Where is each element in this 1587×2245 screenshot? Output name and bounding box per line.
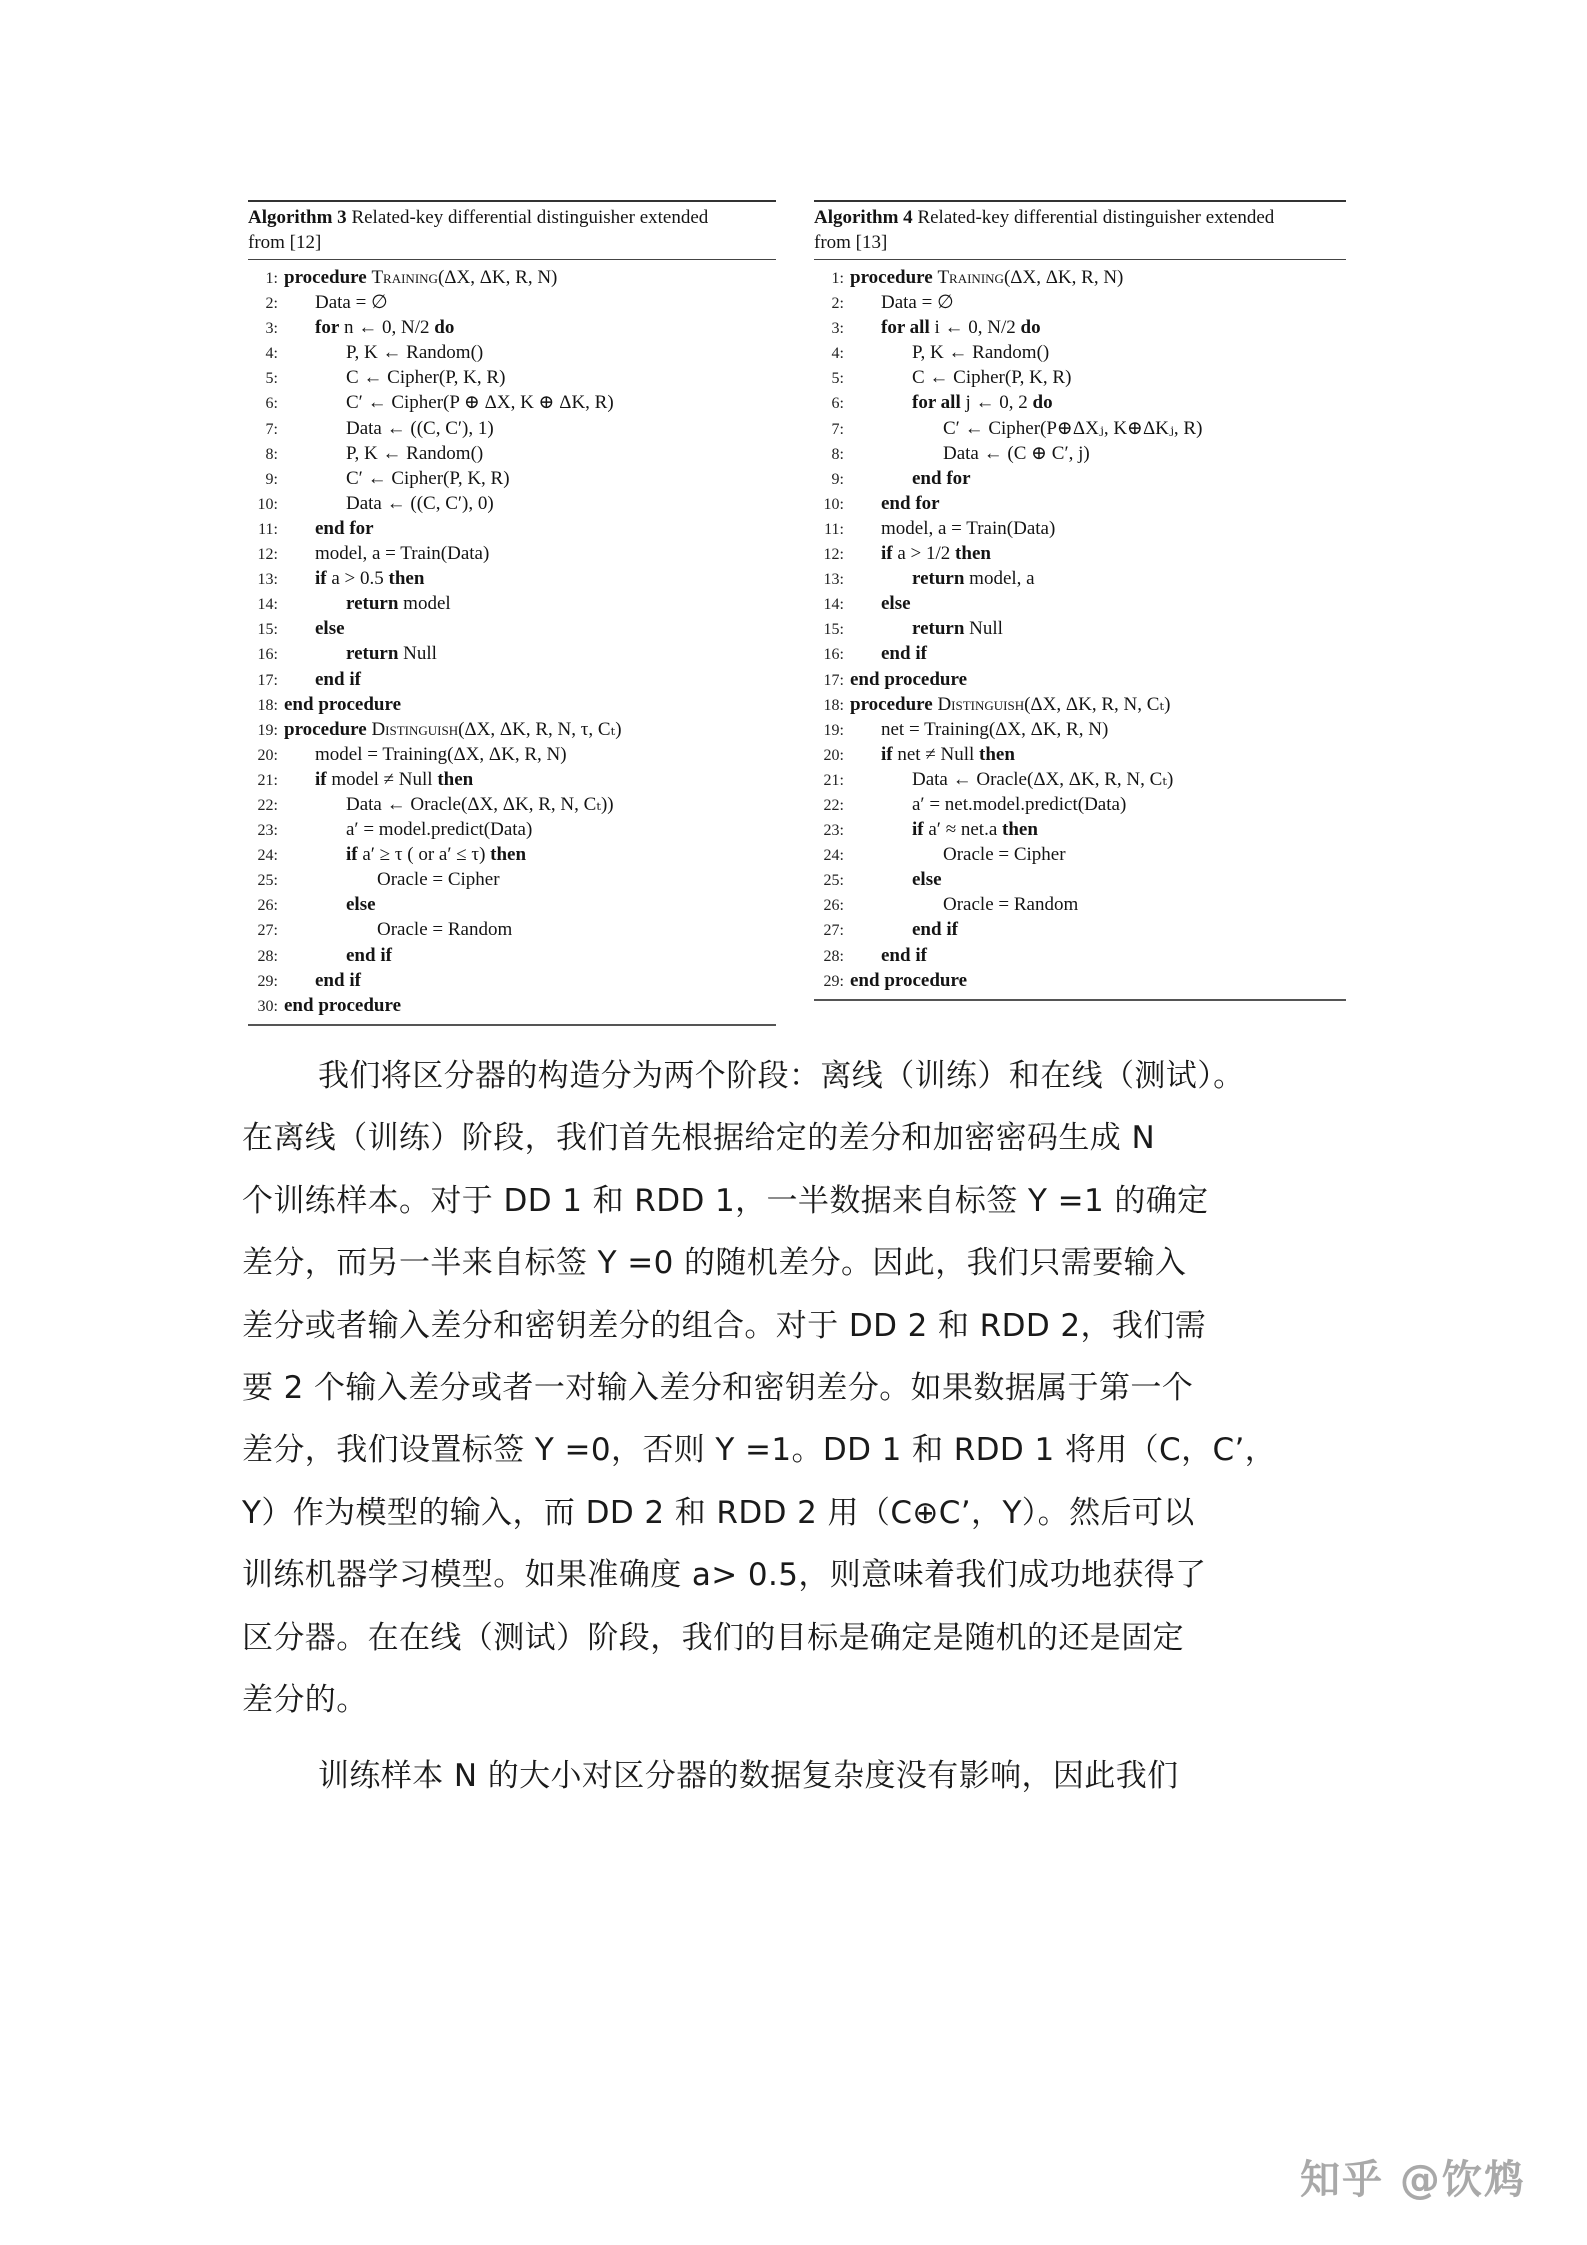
line-code: Data ← ((C, C′), 0) <box>284 491 494 516</box>
algorithm-line: 6:C′ ← Cipher(P ⊕ ΔX, K ⊕ ΔK, R) <box>248 390 776 415</box>
algorithm-line: 2:Data = ∅ <box>814 290 1346 315</box>
algorithm-line: 7:C′ ← Cipher(P⊕ΔXⱼ, K⊕ΔKⱼ, R) <box>814 416 1346 441</box>
line-number: 5: <box>814 366 844 391</box>
line-code: C′ ← Cipher(P ⊕ ΔX, K ⊕ ΔK, R) <box>284 390 614 415</box>
line-code: Oracle = Cipher <box>284 867 500 892</box>
line-number: 20: <box>814 743 844 768</box>
line-code: end if <box>850 917 958 942</box>
line-number: 23: <box>248 818 278 843</box>
algorithm-label: Algorithm 3 <box>248 207 347 228</box>
line-code: if a′ ≈ net.a then <box>850 817 1038 842</box>
algorithm-line: 6:for all j ← 0, 2 do <box>814 390 1346 415</box>
line-number: 13: <box>248 567 278 592</box>
line-number: 19: <box>814 718 844 743</box>
line-code: for all i ← 0, N/2 do <box>850 315 1041 340</box>
algorithm-line: 5:C ← Cipher(P, K, R) <box>814 365 1346 390</box>
text-line: 差分或者输入差分和密钥差分的组合。对于 DD 2 和 RDD 2，我们需 <box>242 1295 1352 1357</box>
line-code: procedure Training(ΔX, ΔK, R, N) <box>850 265 1123 290</box>
line-number: 27: <box>248 918 278 943</box>
algorithm-line: 5:C ← Cipher(P, K, R) <box>248 365 776 390</box>
line-number: 28: <box>814 944 844 969</box>
line-code: end for <box>850 466 971 491</box>
line-code: procedure Training(ΔX, ΔK, R, N) <box>284 265 557 290</box>
algorithm-citation: from [13] <box>814 232 887 253</box>
line-code: procedure Distinguish(ΔX, ΔK, R, N, Cₜ) <box>850 692 1170 717</box>
algorithm-lines: 1:procedure Training(ΔX, ΔK, R, N)2:Data… <box>248 265 776 1018</box>
line-number: 15: <box>248 617 278 642</box>
line-number: 10: <box>248 492 278 517</box>
line-number: 20: <box>248 743 278 768</box>
algorithm-line: 3:for n ← 0, N/2 do <box>248 315 776 340</box>
line-code: a′ = net.model.predict(Data) <box>850 792 1126 817</box>
line-number: 28: <box>248 944 278 969</box>
line-number: 9: <box>814 467 844 492</box>
algorithm-line: 12:model, a = Train(Data) <box>248 541 776 566</box>
paragraph-1: 我们将区分器的构造分为两个阶段：离线（训练）和在线（测试）。 在离线（训练）阶段… <box>242 1045 1352 1731</box>
algorithm-line: 24:Oracle = Cipher <box>814 842 1346 867</box>
line-number: 16: <box>248 642 278 667</box>
algorithm-caption: Algorithm 4 Related-key differential dis… <box>814 202 1346 257</box>
line-number: 7: <box>248 417 278 442</box>
algorithm-line: 22:a′ = net.model.predict(Data) <box>814 792 1346 817</box>
line-code: end if <box>850 943 927 968</box>
algorithm-line: 28:end if <box>248 943 776 968</box>
algorithm-line: 24:if a′ ≥ τ ( or a′ ≤ τ) then <box>248 842 776 867</box>
zhihu-watermark: 知乎 @饮鸩 <box>1300 2148 1526 2205</box>
line-code: P, K ← Random() <box>284 441 483 466</box>
line-code: for n ← 0, N/2 do <box>284 315 454 340</box>
text-line: Y）作为模型的输入，而 DD 2 和 RDD 2 用（C⊕C’，Y）。然后可以 <box>242 1482 1352 1544</box>
algorithm-lines: 1:procedure Training(ΔX, ΔK, R, N)2:Data… <box>814 265 1346 993</box>
algorithm-line: 1:procedure Training(ΔX, ΔK, R, N) <box>248 265 776 290</box>
algorithm-line: 23:if a′ ≈ net.a then <box>814 817 1346 842</box>
algorithm-4-block: Algorithm 4 Related-key differential dis… <box>814 200 1346 1001</box>
line-number: 6: <box>248 391 278 416</box>
algorithm-line: 13:return model, a <box>814 566 1346 591</box>
line-number: 24: <box>248 843 278 868</box>
line-code: C′ ← Cipher(P, K, R) <box>284 466 510 491</box>
line-number: 12: <box>248 542 278 567</box>
algorithm-line: 21:Data ← Oracle(ΔX, ΔK, R, N, Cₜ) <box>814 767 1346 792</box>
line-number: 1: <box>248 266 278 291</box>
line-code: end procedure <box>284 692 401 717</box>
paragraph-2: 训练样本 N 的大小对区分器的数据复杂度没有影响，因此我们 <box>242 1745 1352 1807</box>
algorithm-caption: Algorithm 3 Related-key differential dis… <box>248 202 776 257</box>
line-number: 19: <box>248 718 278 743</box>
line-code: Data ← ((C, C′), 1) <box>284 416 494 441</box>
bottom-rule <box>248 1024 776 1026</box>
algorithm-line: 14:else <box>814 591 1346 616</box>
line-number: 23: <box>814 818 844 843</box>
text-line: 区分器。在在线（测试）阶段，我们的目标是确定是随机的还是固定 <box>242 1607 1352 1669</box>
line-number: 14: <box>814 592 844 617</box>
algorithm-line: 22:Data ← Oracle(ΔX, ΔK, R, N, Cₜ)) <box>248 792 776 817</box>
line-number: 10: <box>814 492 844 517</box>
algorithm-line: 17:end procedure <box>814 667 1346 692</box>
algorithm-line: 10:Data ← ((C, C′), 0) <box>248 491 776 516</box>
algorithm-citation: from [12] <box>248 232 321 253</box>
line-number: 7: <box>814 417 844 442</box>
line-number: 8: <box>248 442 278 467</box>
line-number: 29: <box>814 969 844 994</box>
line-code: C′ ← Cipher(P⊕ΔXⱼ, K⊕ΔKⱼ, R) <box>850 416 1202 441</box>
line-code: else <box>284 892 376 917</box>
algorithm-line: 13:if a > 0.5 then <box>248 566 776 591</box>
line-number: 15: <box>814 617 844 642</box>
line-code: end if <box>284 667 361 692</box>
line-number: 3: <box>248 316 278 341</box>
line-code: end if <box>284 943 392 968</box>
line-code: Data ← Oracle(ΔX, ΔK, R, N, Cₜ) <box>850 767 1173 792</box>
line-number: 2: <box>814 291 844 316</box>
algorithm-line: 26:Oracle = Random <box>814 892 1346 917</box>
line-number: 29: <box>248 969 278 994</box>
algorithm-line: 25:Oracle = Cipher <box>248 867 776 892</box>
line-number: 11: <box>814 517 844 542</box>
line-number: 12: <box>814 542 844 567</box>
line-number: 3: <box>814 316 844 341</box>
line-number: 22: <box>248 793 278 818</box>
line-code: P, K ← Random() <box>284 340 483 365</box>
algorithm-title: Related-key differential distinguisher e… <box>913 207 1275 228</box>
line-code: return Null <box>850 616 1003 641</box>
line-code: Data = ∅ <box>284 290 388 315</box>
line-number: 21: <box>248 768 278 793</box>
caption-rule <box>814 259 1346 260</box>
line-number: 2: <box>248 291 278 316</box>
line-code: procedure Distinguish(ΔX, ΔK, R, N, τ, C… <box>284 717 622 742</box>
algorithm-line: 26:else <box>248 892 776 917</box>
line-number: 8: <box>814 442 844 467</box>
text-line: 训练样本 N 的大小对区分器的数据复杂度没有影响，因此我们 <box>242 1745 1352 1807</box>
line-code: model, a = Train(Data) <box>850 516 1055 541</box>
line-number: 16: <box>814 642 844 667</box>
line-number: 22: <box>814 793 844 818</box>
line-code: P, K ← Random() <box>850 340 1049 365</box>
line-number: 26: <box>814 893 844 918</box>
bottom-rule <box>814 999 1346 1001</box>
line-code: a′ = model.predict(Data) <box>284 817 532 842</box>
line-number: 13: <box>814 567 844 592</box>
algorithm-line: 30:end procedure <box>248 993 776 1018</box>
line-number: 1: <box>814 266 844 291</box>
line-number: 14: <box>248 592 278 617</box>
text-line: 训练机器学习模型。如果准确度 a> 0.5，则意味着我们成功地获得了 <box>242 1544 1352 1606</box>
algorithm-line: 8:Data ← (C ⊕ C′, j) <box>814 441 1346 466</box>
line-code: end if <box>284 968 361 993</box>
algorithm-line: 4:P, K ← Random() <box>248 340 776 365</box>
text-line: 差分，我们设置标签 Y =0，否则 Y =1。DD 1 和 RDD 1 将用（C… <box>242 1419 1352 1481</box>
algorithm-line: 27:Oracle = Random <box>248 917 776 942</box>
line-code: C ← Cipher(P, K, R) <box>850 365 1071 390</box>
line-number: 18: <box>248 693 278 718</box>
line-code: return model <box>284 591 451 616</box>
line-code: if a > 1/2 then <box>850 541 991 566</box>
algorithm-line: 1:procedure Training(ΔX, ΔK, R, N) <box>814 265 1346 290</box>
text-line: 差分，而另一半来自标签 Y =0 的随机差分。因此，我们只需要输入 <box>242 1232 1352 1294</box>
line-number: 24: <box>814 843 844 868</box>
algorithm-label: Algorithm 4 <box>814 207 913 228</box>
algorithm-line: 27:end if <box>814 917 1346 942</box>
line-code: else <box>284 616 345 641</box>
line-code: Data ← Oracle(ΔX, ΔK, R, N, Cₜ)) <box>284 792 614 817</box>
line-code: end if <box>850 641 927 666</box>
line-code: return model, a <box>850 566 1035 591</box>
algorithm-line: 7:Data ← ((C, C′), 1) <box>248 416 776 441</box>
algorithm-line: 4:P, K ← Random() <box>814 340 1346 365</box>
line-code: else <box>850 867 942 892</box>
line-code: C ← Cipher(P, K, R) <box>284 365 505 390</box>
line-number: 4: <box>814 341 844 366</box>
algorithm-line: 15:else <box>248 616 776 641</box>
line-code: return Null <box>284 641 437 666</box>
algorithm-line: 9:end for <box>814 466 1346 491</box>
algorithm-line: 12:if a > 1/2 then <box>814 541 1346 566</box>
algorithm-line: 29:end if <box>248 968 776 993</box>
line-code: else <box>850 591 911 616</box>
algorithm-line: 16:end if <box>814 641 1346 666</box>
algorithm-line: 2:Data = ∅ <box>248 290 776 315</box>
text-line: 差分的。 <box>242 1669 1352 1731</box>
body-text: 我们将区分器的构造分为两个阶段：离线（训练）和在线（测试）。 在离线（训练）阶段… <box>242 1045 1352 1808</box>
algorithm-line: 20:if net ≠ Null then <box>814 742 1346 767</box>
text-line: 要 2 个输入差分或者一对输入差分和密钥差分。如果数据属于第一个 <box>242 1357 1352 1419</box>
text-line: 在离线（训练）阶段，我们首先根据给定的差分和加密密码生成 N <box>242 1107 1352 1169</box>
line-number: 27: <box>814 918 844 943</box>
line-number: 11: <box>248 517 278 542</box>
line-code: if net ≠ Null then <box>850 742 1015 767</box>
line-number: 17: <box>248 668 278 693</box>
algorithm-title: Related-key differential distinguisher e… <box>347 207 709 228</box>
line-code: end procedure <box>850 667 967 692</box>
caption-rule <box>248 259 776 260</box>
algorithm-line: 11:model, a = Train(Data) <box>814 516 1346 541</box>
algorithm-line: 19:net = Training(ΔX, ΔK, R, N) <box>814 717 1346 742</box>
line-code: end procedure <box>850 968 967 993</box>
line-number: 21: <box>814 768 844 793</box>
line-code: Data ← (C ⊕ C′, j) <box>850 441 1090 466</box>
algorithm-line: 3:for all i ← 0, N/2 do <box>814 315 1346 340</box>
line-number: 6: <box>814 391 844 416</box>
algorithm-line: 15:return Null <box>814 616 1346 641</box>
algorithm-line: 17:end if <box>248 667 776 692</box>
algorithm-line: 16:return Null <box>248 641 776 666</box>
line-code: if a′ ≥ τ ( or a′ ≤ τ) then <box>284 842 526 867</box>
line-number: 9: <box>248 467 278 492</box>
line-number: 25: <box>814 868 844 893</box>
line-code: end procedure <box>284 993 401 1018</box>
algorithm-line: 9:C′ ← Cipher(P, K, R) <box>248 466 776 491</box>
algorithm-line: 18:end procedure <box>248 692 776 717</box>
algorithm-line: 14:return model <box>248 591 776 616</box>
line-code: Oracle = Cipher <box>850 842 1066 867</box>
line-code: end for <box>850 491 940 516</box>
line-number: 17: <box>814 668 844 693</box>
line-code: Data = ∅ <box>850 290 954 315</box>
line-code: Oracle = Random <box>850 892 1078 917</box>
algorithm-line: 20:model = Training(ΔX, ΔK, R, N) <box>248 742 776 767</box>
line-code: for all j ← 0, 2 do <box>850 390 1053 415</box>
line-code: model, a = Train(Data) <box>284 541 489 566</box>
algorithm-3-block: Algorithm 3 Related-key differential dis… <box>248 200 776 1026</box>
algorithm-line: 8:P, K ← Random() <box>248 441 776 466</box>
line-code: if a > 0.5 then <box>284 566 424 591</box>
algorithm-line: 29:end procedure <box>814 968 1346 993</box>
line-number: 26: <box>248 893 278 918</box>
line-code: model = Training(ΔX, ΔK, R, N) <box>284 742 567 767</box>
text-line: 个训练样本。对于 DD 1 和 RDD 1，一半数据来自标签 Y =1 的确定 <box>242 1170 1352 1232</box>
algorithm-line: 28:end if <box>814 943 1346 968</box>
algorithm-line: 21:if model ≠ Null then <box>248 767 776 792</box>
line-number: 5: <box>248 366 278 391</box>
algorithm-line: 25:else <box>814 867 1346 892</box>
line-number: 25: <box>248 868 278 893</box>
line-code: end for <box>284 516 374 541</box>
text-line: 我们将区分器的构造分为两个阶段：离线（训练）和在线（测试）。 <box>242 1045 1352 1107</box>
line-code: if model ≠ Null then <box>284 767 473 792</box>
line-number: 4: <box>248 341 278 366</box>
algorithm-line: 23:a′ = model.predict(Data) <box>248 817 776 842</box>
algorithm-line: 18:procedure Distinguish(ΔX, ΔK, R, N, C… <box>814 692 1346 717</box>
line-code: net = Training(ΔX, ΔK, R, N) <box>850 717 1108 742</box>
line-number: 18: <box>814 693 844 718</box>
algorithm-line: 19:procedure Distinguish(ΔX, ΔK, R, N, τ… <box>248 717 776 742</box>
algorithm-line: 11:end for <box>248 516 776 541</box>
algorithm-line: 10:end for <box>814 491 1346 516</box>
line-number: 30: <box>248 994 278 1019</box>
line-code: Oracle = Random <box>284 917 512 942</box>
